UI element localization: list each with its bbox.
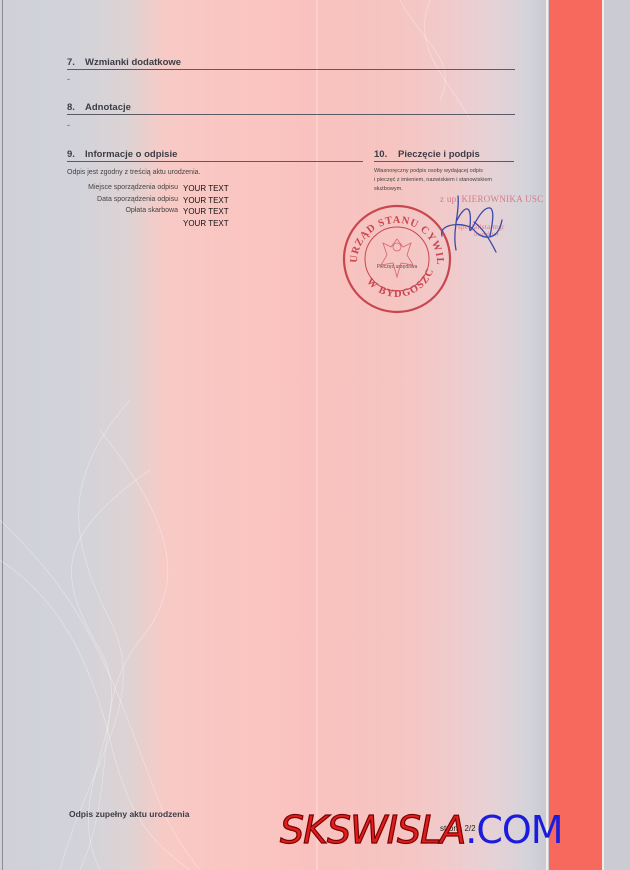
watermark-red: SKSWISLA	[280, 808, 465, 852]
section-9-heading: 9.Informacje o odpisie	[67, 149, 363, 162]
security-stripe	[549, 0, 602, 870]
official-stamp: URZĄD STANU CYWILNEGO W BYDGOSZCZY Piecz…	[341, 203, 453, 315]
footer-document-name: Odpis zupełny aktu urodzenia	[69, 809, 189, 819]
handwritten-signature	[438, 192, 528, 262]
page-border	[2, 0, 3, 870]
security-stripe-edge	[602, 0, 604, 870]
section-7-value: -	[67, 74, 70, 84]
stamp-outer-text: URZĄD STANU CYWILNEGO	[341, 203, 445, 266]
info-row: Miejsce sporządzenia odpisu YOUR TEXT	[62, 184, 229, 193]
section-10-heading: 10.Pieczęcie i podpis	[374, 149, 514, 162]
section-10-note: i pieczęć z imieniem, nazwiskiem i stano…	[374, 177, 492, 183]
watermark-blue: .COM	[465, 808, 562, 852]
info-row: YOUR TEXT	[62, 219, 229, 228]
info-row: Data sporządzenia odpisu YOUR TEXT	[62, 196, 229, 205]
security-stripe-edge	[546, 0, 548, 870]
section-8-heading: 8.Adnotacje	[67, 102, 515, 115]
section-10-note: Własnoręczny podpis osoby wydającej odpi…	[374, 168, 483, 174]
stamp-center-label: Pieczęć urzędowa	[377, 264, 418, 270]
section-9-statement: Odpis jest zgodny z treścią aktu urodzen…	[67, 169, 200, 176]
section-10-note: służbowym.	[374, 186, 403, 192]
section-8-value: -	[67, 120, 70, 130]
fold-line	[316, 0, 318, 870]
watermark: SKSWISLA.COM	[280, 808, 563, 852]
guilloche-pattern	[0, 0, 630, 870]
info-row: Opłata skarbowa YOUR TEXT	[62, 207, 229, 216]
svg-text:URZĄD STANU CYWILNEGO: URZĄD STANU CYWILNEGO	[341, 203, 445, 266]
section-7-heading: 7.Wzmianki dodatkowe	[67, 57, 515, 70]
